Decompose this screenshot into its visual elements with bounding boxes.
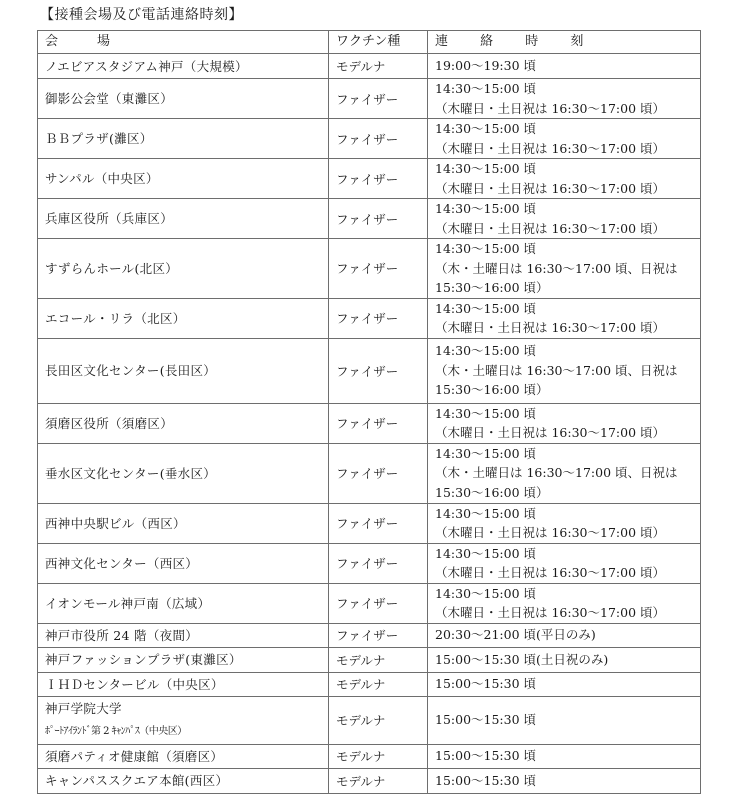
venue-cell: すずらんホール(北区） xyxy=(38,239,329,299)
contact-time-cell: 15:00〜15:30 頃 xyxy=(428,768,701,793)
contact-time-line: （木曜日・土日祝は 16:30〜17:00 頃） xyxy=(435,603,700,623)
contact-time-line: （木曜日・土日祝は 16:30〜17:00 頃） xyxy=(435,423,700,443)
venue-cell: 御影公会堂（東灘区） xyxy=(38,79,329,119)
venue-name: ＩＨＤセンタービル（中央区） xyxy=(45,673,328,696)
vaccine-cell: モデルナ xyxy=(329,768,428,793)
vaccine-cell: ファイザー xyxy=(329,543,428,583)
vaccine-cell: ファイザー xyxy=(329,119,428,159)
vaccine-cell: ファイザー xyxy=(329,239,428,299)
contact-time-cell: 14:30〜15:00 頃（木曜日・土日祝は 16:30〜17:00 頃） xyxy=(428,503,701,543)
contact-time-line: 14:30〜15:00 頃 xyxy=(435,544,700,564)
venue-cell: 西神中央駅ビル（西区） xyxy=(38,503,329,543)
contact-time-cell: 14:30〜15:00 頃（木・土曜日は 16:30〜17:00 頃、日祝は15… xyxy=(428,443,701,503)
contact-time-cell: 14:30〜15:00 頃（木・土曜日は 16:30〜17:00 頃、日祝は15… xyxy=(428,338,701,403)
vaccine-type: ファイザー xyxy=(336,556,398,571)
contact-time-cell: 15:00〜15:30 頃(土日祝のみ) xyxy=(428,647,701,672)
venue-name: イオンモール神戸南（広域） xyxy=(45,592,328,615)
vaccine-type: ファイザー xyxy=(336,132,398,147)
table-row: 垂水区文化センター(垂水区）ファイザー14:30〜15:00 頃（木・土曜日は … xyxy=(38,443,701,503)
contact-time-line: 14:30〜15:00 頃 xyxy=(435,444,700,464)
contact-time-line: 15:30〜16:00 頃） xyxy=(435,483,700,503)
contact-time-cell: 15:00〜15:30 頃 xyxy=(428,744,701,768)
table-header-row: 会 場 ワクチン種 連 絡 時 刻 xyxy=(38,31,701,54)
contact-time-cell: 14:30〜15:00 頃（木曜日・土日祝は 16:30〜17:00 頃） xyxy=(428,543,701,583)
contact-time-cell: 14:30〜15:00 頃（木曜日・土日祝は 16:30〜17:00 頃） xyxy=(428,159,701,199)
venue-name: ＢＢプラザ(灘区） xyxy=(45,127,328,150)
header-vaccine: ワクチン種 xyxy=(329,31,428,54)
venue-cell: ＩＨＤセンタービル（中央区） xyxy=(38,672,329,696)
table-row: 須磨パティオ健康館（須磨区）モデルナ15:00〜15:30 頃 xyxy=(38,744,701,768)
contact-time-line: 14:30〜15:00 頃 xyxy=(435,299,700,319)
contact-time-cell: 14:30〜15:00 頃（木曜日・土日祝は 16:30〜17:00 頃） xyxy=(428,583,701,623)
contact-time-cell: 15:00〜15:30 頃 xyxy=(428,696,701,744)
vaccine-type: モデルナ xyxy=(336,677,385,692)
table-row: 御影公会堂（東灘区）ファイザー14:30〜15:00 頃（木曜日・土日祝は 16… xyxy=(38,79,701,119)
table-row: 長田区文化センター(長田区）ファイザー14:30〜15:00 頃（木・土曜日は … xyxy=(38,338,701,403)
vaccine-cell: ファイザー xyxy=(329,583,428,623)
vaccine-type: モデルナ xyxy=(336,774,385,789)
contact-time-line: 14:30〜15:00 頃 xyxy=(435,584,700,604)
table-row: サンパル（中央区）ファイザー14:30〜15:00 頃（木曜日・土日祝は 16:… xyxy=(38,159,701,199)
venue-cell: 神戸ファッションプラザ(東灘区） xyxy=(38,647,329,672)
contact-time-cell: 14:30〜15:00 頃（木・土曜日は 16:30〜17:00 頃、日祝は15… xyxy=(428,239,701,299)
contact-time-line: 14:30〜15:00 頃 xyxy=(435,504,700,524)
table-row: ノエビアスタジアム神戸（大規模）モデルナ19:00〜19:30 頃 xyxy=(38,54,701,79)
table-row: ＢＢプラザ(灘区）ファイザー14:30〜15:00 頃（木曜日・土日祝は 16:… xyxy=(38,119,701,159)
vaccine-cell: ファイザー xyxy=(329,338,428,403)
table-row: すずらんホール(北区）ファイザー14:30〜15:00 頃（木・土曜日は 16:… xyxy=(38,239,701,299)
table-row: 西神文化センター（西区）ファイザー14:30〜15:00 頃（木曜日・土日祝は … xyxy=(38,543,701,583)
contact-time-cell: 20:30〜21:00 頃(平日のみ) xyxy=(428,623,701,647)
contact-time-cell: 14:30〜15:00 頃（木曜日・土日祝は 16:30〜17:00 頃） xyxy=(428,199,701,239)
contact-time-cell: 14:30〜15:00 頃（木曜日・土日祝は 16:30〜17:00 頃） xyxy=(428,79,701,119)
header-venue: 会 場 xyxy=(38,31,329,54)
contact-time-cell: 15:00〜15:30 頃 xyxy=(428,672,701,696)
contact-time-line: （木・土曜日は 16:30〜17:00 頃、日祝は xyxy=(435,259,700,279)
contact-time-line: 14:30〜15:00 頃 xyxy=(435,79,700,99)
contact-time-line: 14:30〜15:00 頃 xyxy=(435,341,700,361)
vaccine-cell: ファイザー xyxy=(329,503,428,543)
table-row: 神戸ファッションプラザ(東灘区）モデルナ15:00〜15:30 頃(土日祝のみ) xyxy=(38,647,701,672)
vaccine-type: ファイザー xyxy=(336,416,398,431)
venue-cell: 垂水区文化センター(垂水区） xyxy=(38,443,329,503)
table-row: 神戸学院大学ﾎﾟｰﾄｱｲﾗﾝﾄﾞ第 2 ｷｬﾝﾊﾟｽ（中央区）モデルナ15:00… xyxy=(38,696,701,744)
table-row: 兵庫区役所（兵庫区）ファイザー14:30〜15:00 頃（木曜日・土日祝は 16… xyxy=(38,199,701,239)
contact-time-line: （木曜日・土日祝は 16:30〜17:00 頃） xyxy=(435,318,700,338)
contact-time-line: 20:30〜21:00 頃(平日のみ) xyxy=(435,625,700,645)
vaccine-cell: モデルナ xyxy=(329,744,428,768)
venue-cell: エコール・リラ（北区） xyxy=(38,298,329,338)
venue-name: 兵庫区役所（兵庫区） xyxy=(45,207,328,230)
vaccine-cell: ファイザー xyxy=(329,159,428,199)
contact-time-line: 14:30〜15:00 頃 xyxy=(435,239,700,259)
contact-time-line: 14:30〜15:00 頃 xyxy=(435,119,700,139)
vaccine-cell: ファイザー xyxy=(329,199,428,239)
vaccine-cell: モデルナ xyxy=(329,672,428,696)
venue-name: 須磨区役所（須磨区） xyxy=(45,412,328,435)
contact-time-cell: 14:30〜15:00 頃（木曜日・土日祝は 16:30〜17:00 頃） xyxy=(428,298,701,338)
contact-time-cell: 19:00〜19:30 頃 xyxy=(428,54,701,79)
contact-time-line: （木・土曜日は 16:30〜17:00 頃、日祝は xyxy=(435,463,700,483)
vaccine-type: ファイザー xyxy=(336,261,398,276)
table-body: ノエビアスタジアム神戸（大規模）モデルナ19:00〜19:30 頃御影公会堂（東… xyxy=(38,54,701,794)
contact-time-line: （木・土曜日は 16:30〜17:00 頃、日祝は xyxy=(435,361,700,381)
contact-time-line: （木曜日・土日祝は 16:30〜17:00 頃） xyxy=(435,523,700,543)
contact-time-line: （木曜日・土日祝は 16:30〜17:00 頃） xyxy=(435,99,700,119)
contact-time-line: 15:00〜15:30 頃 xyxy=(435,771,700,791)
vaccine-type: ファイザー xyxy=(336,364,398,379)
contact-time-line: （木曜日・土日祝は 16:30〜17:00 頃） xyxy=(435,139,700,159)
venue-name: 垂水区文化センター(垂水区） xyxy=(45,462,328,485)
venue-cell: 神戸学院大学ﾎﾟｰﾄｱｲﾗﾝﾄﾞ第 2 ｷｬﾝﾊﾟｽ（中央区） xyxy=(38,696,329,744)
vaccine-cell: ファイザー xyxy=(329,443,428,503)
venue-schedule-table: 会 場 ワクチン種 連 絡 時 刻 ノエビアスタジアム神戸（大規模）モデルナ19… xyxy=(37,30,701,794)
venue-cell: キャンパススクエア本館(西区） xyxy=(38,768,329,793)
contact-time-line: （木曜日・土日祝は 16:30〜17:00 頃） xyxy=(435,563,700,583)
vaccine-type: ファイザー xyxy=(336,92,398,107)
vaccine-cell: モデルナ xyxy=(329,54,428,79)
venue-name: 神戸学院大学 xyxy=(45,697,328,720)
venue-cell: 須磨パティオ健康館（須磨区） xyxy=(38,744,329,768)
venue-name: ノエビアスタジアム神戸（大規模） xyxy=(45,55,328,78)
venue-name: 神戸市役所 24 階（夜間） xyxy=(45,624,328,647)
header-venue-label: 会 場 xyxy=(45,34,110,49)
vaccine-type: ファイザー xyxy=(336,311,398,326)
table-row: 須磨区役所（須磨区）ファイザー14:30〜15:00 頃（木曜日・土日祝は 16… xyxy=(38,403,701,443)
vaccine-cell: ファイザー xyxy=(329,298,428,338)
vaccine-type: ファイザー xyxy=(336,466,398,481)
vaccine-type: ファイザー xyxy=(336,596,398,611)
venue-cell: 長田区文化センター(長田区） xyxy=(38,338,329,403)
vaccine-type: ファイザー xyxy=(336,212,398,227)
header-contact-time: 連 絡 時 刻 xyxy=(428,31,701,54)
vaccine-cell: モデルナ xyxy=(329,647,428,672)
contact-time-line: （木曜日・土日祝は 16:30〜17:00 頃） xyxy=(435,219,700,239)
venue-name: キャンパススクエア本館(西区） xyxy=(45,769,328,792)
vaccine-type: モデルナ xyxy=(336,653,385,668)
venue-cell: 神戸市役所 24 階（夜間） xyxy=(38,623,329,647)
venue-cell: 西神文化センター（西区） xyxy=(38,543,329,583)
venue-name: サンパル（中央区） xyxy=(45,167,328,190)
venue-name: 西神中央駅ビル（西区） xyxy=(45,512,328,535)
contact-time-line: 15:00〜15:30 頃(土日祝のみ) xyxy=(435,650,700,670)
venue-name: 長田区文化センター(長田区） xyxy=(45,359,328,382)
venue-name: すずらんホール(北区） xyxy=(45,257,328,280)
header-time-label: 連 絡 時 刻 xyxy=(435,34,597,49)
venue-cell: 須磨区役所（須磨区） xyxy=(38,403,329,443)
venue-cell: 兵庫区役所（兵庫区） xyxy=(38,199,329,239)
vaccine-cell: モデルナ xyxy=(329,696,428,744)
contact-time-line: 15:00〜15:30 頃 xyxy=(435,710,700,730)
table-row: ＩＨＤセンタービル（中央区）モデルナ15:00〜15:30 頃 xyxy=(38,672,701,696)
venue-name: 神戸ファッションプラザ(東灘区） xyxy=(45,648,328,671)
table-row: 神戸市役所 24 階（夜間）ファイザー20:30〜21:00 頃(平日のみ) xyxy=(38,623,701,647)
contact-time-cell: 14:30〜15:00 頃（木曜日・土日祝は 16:30〜17:00 頃） xyxy=(428,403,701,443)
contact-time-line: 15:00〜15:30 頃 xyxy=(435,746,700,766)
table-row: エコール・リラ（北区）ファイザー14:30〜15:00 頃（木曜日・土日祝は 1… xyxy=(38,298,701,338)
vaccine-type: ファイザー xyxy=(336,172,398,187)
venue-cell: ＢＢプラザ(灘区） xyxy=(38,119,329,159)
document-title: 【接種会場及び電話連絡時刻】 xyxy=(40,5,243,25)
vaccine-type: モデルナ xyxy=(336,713,385,728)
table-row: キャンパススクエア本館(西区）モデルナ15:00〜15:30 頃 xyxy=(38,768,701,793)
contact-time-line: 14:30〜15:00 頃 xyxy=(435,404,700,424)
vaccine-type: モデルナ xyxy=(336,749,385,764)
vaccine-cell: ファイザー xyxy=(329,79,428,119)
vaccine-type: ファイザー xyxy=(336,516,398,531)
venue-cell: サンパル（中央区） xyxy=(38,159,329,199)
venue-name: 御影公会堂（東灘区） xyxy=(45,87,328,110)
contact-time-line: 15:30〜16:00 頃） xyxy=(435,380,700,400)
table-row: 西神中央駅ビル（西区）ファイザー14:30〜15:00 頃（木曜日・土日祝は 1… xyxy=(38,503,701,543)
vaccine-type: ファイザー xyxy=(336,628,398,643)
vaccine-type: モデルナ xyxy=(336,59,385,74)
contact-time-line: 14:30〜15:00 頃 xyxy=(435,199,700,219)
contact-time-line: 14:30〜15:00 頃 xyxy=(435,159,700,179)
vaccine-cell: ファイザー xyxy=(329,623,428,647)
venue-name: エコール・リラ（北区） xyxy=(45,307,328,330)
venue-name: 西神文化センター（西区） xyxy=(45,552,328,575)
venue-name: ﾎﾟｰﾄｱｲﾗﾝﾄﾞ第 2 ｷｬﾝﾊﾟｽ（中央区） xyxy=(45,720,328,743)
contact-time-line: 19:00〜19:30 頃 xyxy=(435,56,700,76)
table-row: イオンモール神戸南（広域）ファイザー14:30〜15:00 頃（木曜日・土日祝は… xyxy=(38,583,701,623)
contact-time-line: 15:30〜16:00 頃） xyxy=(435,278,700,298)
venue-name: 須磨パティオ健康館（須磨区） xyxy=(45,745,328,768)
venue-cell: イオンモール神戸南（広域） xyxy=(38,583,329,623)
venue-cell: ノエビアスタジアム神戸（大規模） xyxy=(38,54,329,79)
contact-time-cell: 14:30〜15:00 頃（木曜日・土日祝は 16:30〜17:00 頃） xyxy=(428,119,701,159)
contact-time-line: （木曜日・土日祝は 16:30〜17:00 頃） xyxy=(435,179,700,199)
contact-time-line: 15:00〜15:30 頃 xyxy=(435,674,700,694)
header-vaccine-label: ワクチン種 xyxy=(336,34,400,49)
vaccine-cell: ファイザー xyxy=(329,403,428,443)
